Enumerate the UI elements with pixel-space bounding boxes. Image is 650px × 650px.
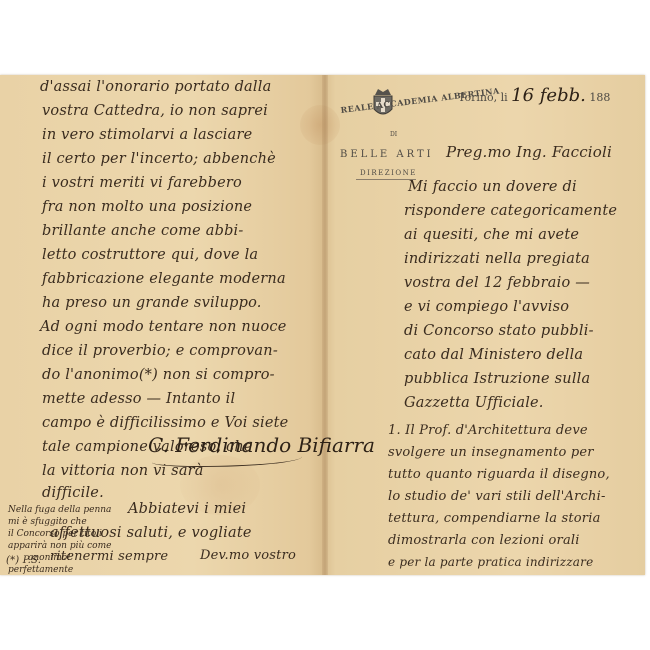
text-line: rispondere categoricamente xyxy=(404,203,617,219)
postscript-line: mi è sfuggito che xyxy=(8,516,128,528)
text-line: il certo per l'incerto; abbenchè xyxy=(42,151,276,167)
text-line: campo è difficilissimo e Voi siete xyxy=(42,415,288,431)
text-line: cato dal Ministero della xyxy=(404,347,583,363)
postscript-line: perfettamente xyxy=(8,564,128,576)
text-line: fabbricazione elegante moderna xyxy=(42,271,286,287)
text-line: tettura, compendiarne la storia xyxy=(388,511,601,526)
text-line: fra non molto una posizione xyxy=(42,199,252,215)
postscript-line: anonimo! xyxy=(8,552,128,564)
text-line: in vero stimolarvi a lasciare xyxy=(42,127,252,143)
closing-valediction: Dev.mo vostro xyxy=(200,548,296,563)
left-page-body: d'assai l'onorario portato dalla vostra … xyxy=(0,75,322,575)
text-line: i vostri meriti vi farebbero xyxy=(42,175,242,191)
manuscript-sheet: d'assai l'onorario portato dalla vostra … xyxy=(0,75,645,575)
text-line: difficile. xyxy=(42,485,104,501)
text-line: Gazzetta Ufficiale. xyxy=(404,395,544,411)
postscript-line: il Concorso per titoli xyxy=(8,528,128,540)
text-line: letto costruttore qui, dove la xyxy=(42,247,258,263)
closing-line: Abbiatevi i miei xyxy=(128,501,246,517)
text-line: indirizzati nella pregiata xyxy=(404,251,590,267)
text-line: di Concorso stato pubbli- xyxy=(404,323,594,339)
salutation: Preg.mo Ing. Faccioli xyxy=(446,143,612,161)
text-line: tutto quanto riguarda il disegno, xyxy=(388,467,610,482)
text-line: mette adesso — Intanto il xyxy=(42,391,235,407)
text-line: ai quesiti, che mi avete xyxy=(404,227,579,243)
text-line: do l'anonimo(*) non si compro- xyxy=(42,367,275,383)
text-line: lo studio de' vari stili dell'Archi- xyxy=(388,489,606,504)
text-line: Ad ogni modo tentare non nuoce xyxy=(40,319,287,335)
postscript-line: Nella fuga della penna xyxy=(8,504,128,516)
postscript-body: Nella fuga della penna mi è sfuggito che… xyxy=(8,504,128,576)
text-line: dimostrarla con lezioni orali xyxy=(388,533,580,548)
text-line: ha preso un grande sviluppo. xyxy=(42,295,262,311)
text-line: 1. Il Prof. d'Architettura deve xyxy=(388,423,588,438)
text-line: Mi faccio un dovere di xyxy=(408,179,577,195)
text-line: e per la parte pratica indirizzare xyxy=(388,555,593,569)
text-line: d'assai l'onorario portato dalla xyxy=(40,79,271,95)
right-page-body: Preg.mo Ing. Faccioli Mi faccio un dover… xyxy=(328,75,645,575)
left-page: d'assai l'onorario portato dalla vostra … xyxy=(0,75,322,575)
text-line: pubblica Istruzione sulla xyxy=(404,371,590,387)
text-line: vostra Cattedra, io non saprei xyxy=(42,103,268,119)
text-line: dice il proverbio; e comprovan- xyxy=(42,343,278,359)
right-page: REALE ACCADEMIA ALBERTINA DI BELLE ARTI … xyxy=(328,75,645,575)
postscript-line: apparirà non più come xyxy=(8,540,128,552)
text-line: svolgere un insegnamento per xyxy=(388,445,594,460)
text-line: vostra del 12 febbraio — xyxy=(404,275,590,291)
text-line: e vi compiego l'avviso xyxy=(404,299,569,315)
text-line: brillante anche come abbi- xyxy=(42,223,244,239)
